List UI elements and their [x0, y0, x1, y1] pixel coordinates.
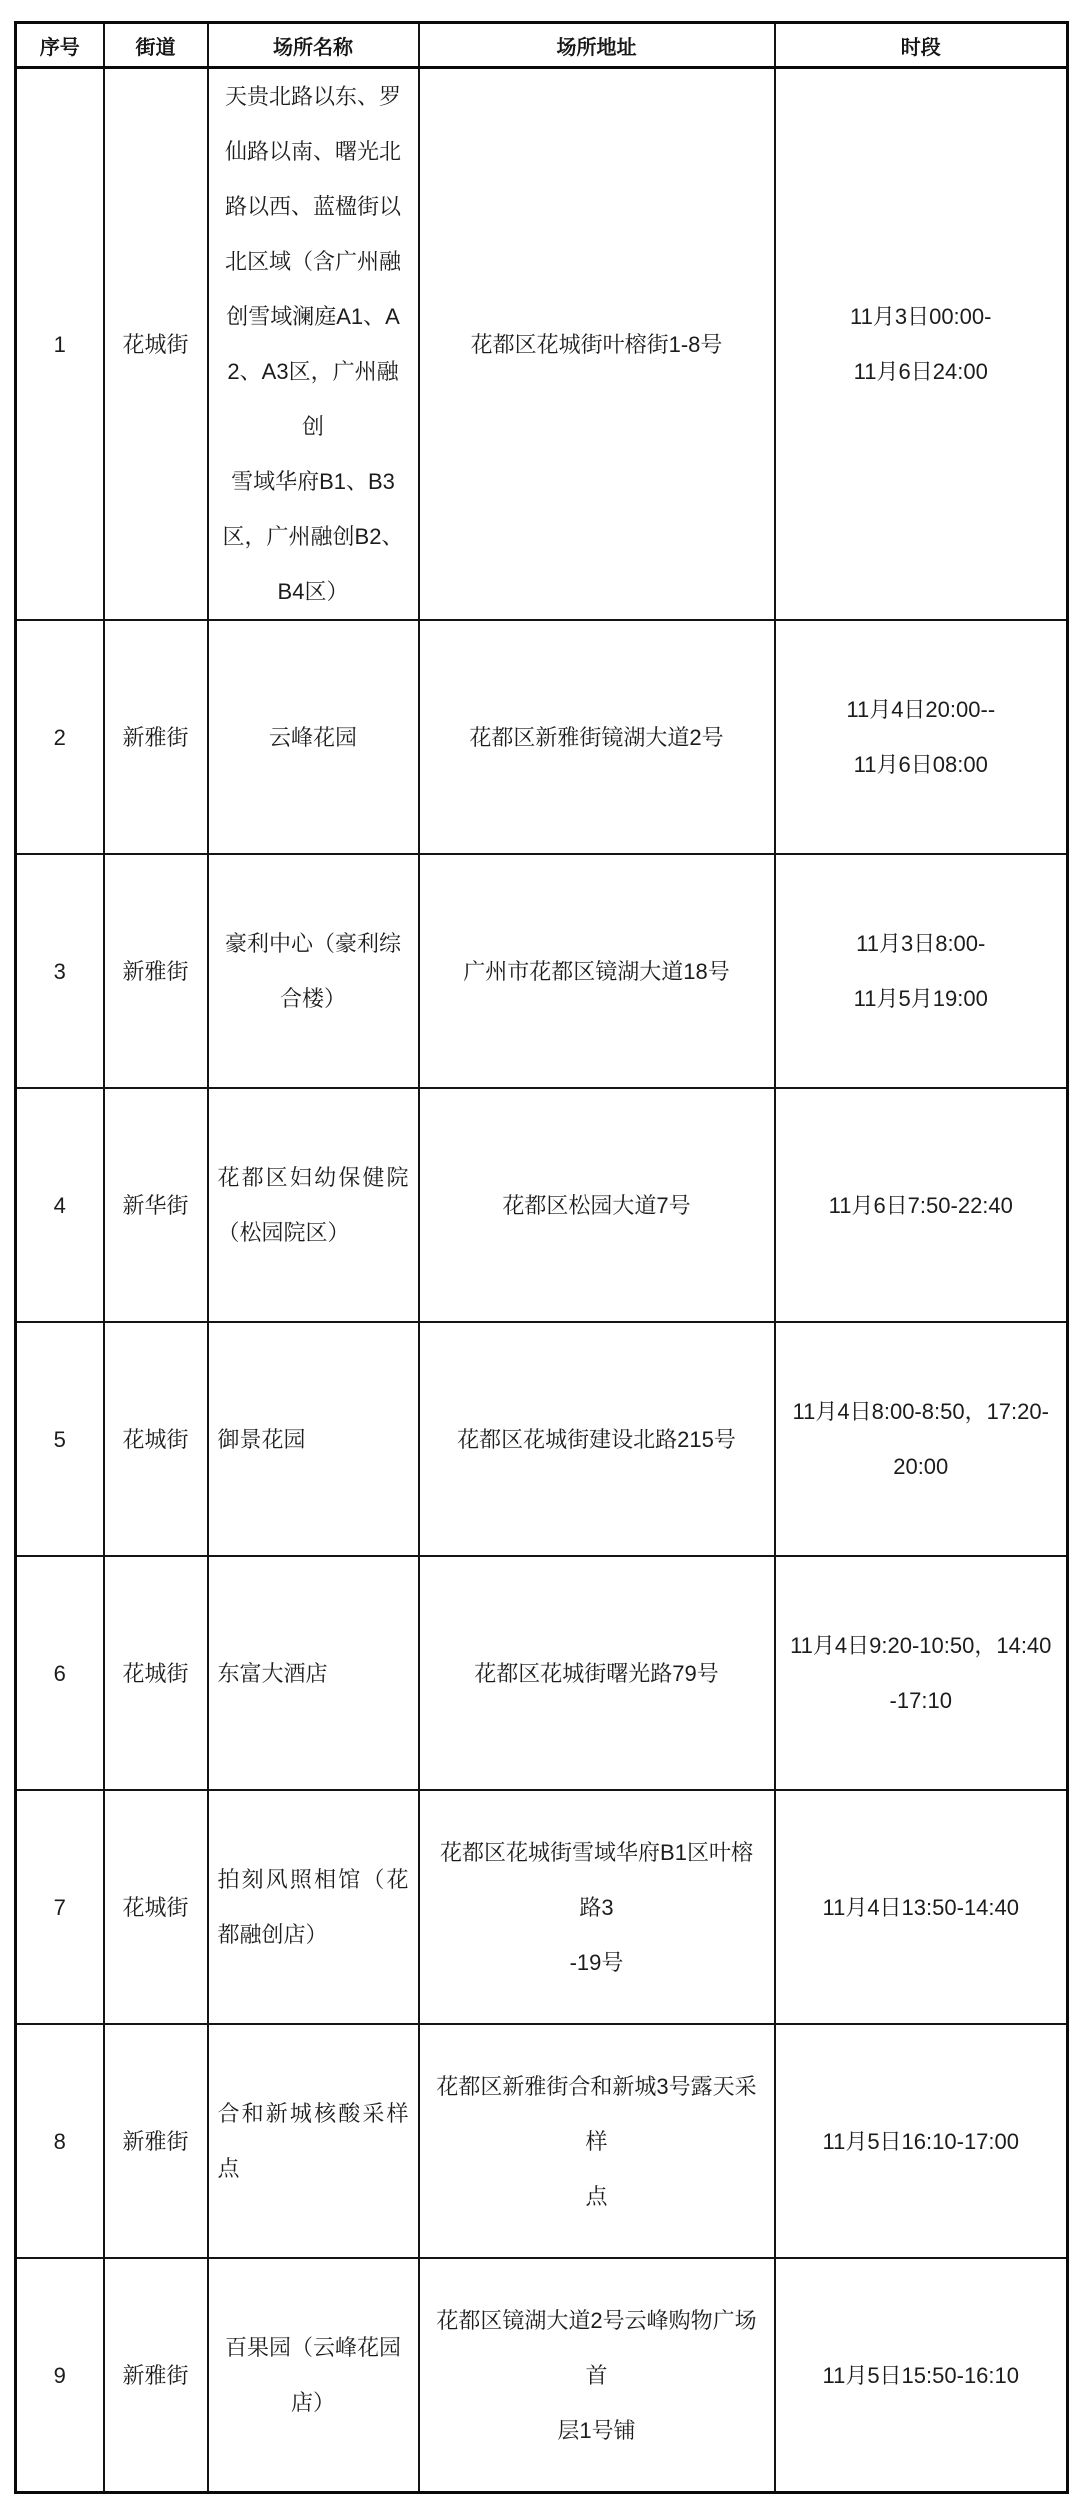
street-cell: 新雅街: [104, 854, 208, 1088]
venue-name-cell: 云峰花园: [208, 620, 419, 854]
time-period-cell: 11月4日9:20-10:50，14:40 -17:10: [775, 1556, 1068, 1790]
street-cell: 新雅街: [104, 2024, 208, 2258]
table-row: 5 花城街 御景花园 花都区花城街建设北路215号 11月4日8:00-8:50…: [16, 1322, 1068, 1556]
street-cell: 花城街: [104, 1556, 208, 1790]
table-row: 8 新雅街 合和新城核酸采样点 花都区新雅街合和新城3号露天采样 点 11月5日…: [16, 2024, 1068, 2258]
street-cell: 新雅街: [104, 620, 208, 854]
street-cell: 花城街: [104, 68, 208, 621]
venue-name-cell: 豪利中心（豪利综 合楼）: [208, 854, 419, 1088]
table-row: 4 新华街 花都区妇幼保健院（松园院区） 花都区松园大道7号 11月6日7:50…: [16, 1088, 1068, 1322]
time-period-cell: 11月3日00:00- 11月6日24:00: [775, 68, 1068, 621]
serial-number-cell: 5: [16, 1322, 104, 1556]
venue-address-cell: 花都区新雅街镜湖大道2号: [419, 620, 775, 854]
header-street: 街道: [104, 23, 208, 68]
venue-address-cell: 花都区松园大道7号: [419, 1088, 775, 1322]
serial-number-cell: 6: [16, 1556, 104, 1790]
serial-number-cell: 1: [16, 68, 104, 621]
table-row: 6 花城街 东富大酒店 花都区花城街曙光路79号 11月4日9:20-10:50…: [16, 1556, 1068, 1790]
venue-name-cell: 合和新城核酸采样点: [208, 2024, 419, 2258]
venue-name-cell: 拍刻风照相馆（花都融创店）: [208, 1790, 419, 2024]
table-row: 7 花城街 拍刻风照相馆（花都融创店） 花都区花城街雪域华府B1区叶榕路3 -1…: [16, 1790, 1068, 2024]
venue-address-cell: 花都区花城街曙光路79号: [419, 1556, 775, 1790]
venue-table: 序号 街道 场所名称 场所地址 时段 1 花城街 天贵北路以东、罗 仙路以南、曙…: [14, 21, 1069, 2494]
serial-number-cell: 7: [16, 1790, 104, 2024]
venue-address-cell: 广州市花都区镜湖大道18号: [419, 854, 775, 1088]
time-period-cell: 11月4日20:00-- 11月6日08:00: [775, 620, 1068, 854]
venue-address-cell: 花都区新雅街合和新城3号露天采样 点: [419, 2024, 775, 2258]
street-cell: 新雅街: [104, 2258, 208, 2493]
time-period-cell: 11月4日13:50-14:40: [775, 1790, 1068, 2024]
table-row: 2 新雅街 云峰花园 花都区新雅街镜湖大道2号 11月4日20:00-- 11月…: [16, 620, 1068, 854]
venue-address-cell: 花都区花城街建设北路215号: [419, 1322, 775, 1556]
venue-address-cell: 花都区花城街叶榕街1-8号: [419, 68, 775, 621]
venue-address-cell: 花都区花城街雪域华府B1区叶榕路3 -19号: [419, 1790, 775, 2024]
street-cell: 花城街: [104, 1790, 208, 2024]
header-venue-name: 场所名称: [208, 23, 419, 68]
serial-number-cell: 4: [16, 1088, 104, 1322]
table-row: 1 花城街 天贵北路以东、罗 仙路以南、曙光北 路以西、蓝楹街以 北区域（含广州…: [16, 68, 1068, 621]
serial-number-cell: 3: [16, 854, 104, 1088]
header-venue-address: 场所地址: [419, 23, 775, 68]
serial-number-cell: 9: [16, 2258, 104, 2493]
header-row: 序号 街道 场所名称 场所地址 时段: [16, 23, 1068, 68]
time-period-cell: 11月5日15:50-16:10: [775, 2258, 1068, 2493]
time-period-cell: 11月6日7:50-22:40: [775, 1088, 1068, 1322]
venue-name-cell: 东富大酒店: [208, 1556, 419, 1790]
time-period-cell: 11月3日8:00- 11月5月19:00: [775, 854, 1068, 1088]
venue-address-cell: 花都区镜湖大道2号云峰购物广场首 层1号铺: [419, 2258, 775, 2493]
street-cell: 新华街: [104, 1088, 208, 1322]
document-page: 序号 街道 场所名称 场所地址 时段 1 花城街 天贵北路以东、罗 仙路以南、曙…: [14, 21, 1069, 2494]
venue-name-cell: 花都区妇幼保健院（松园院区）: [208, 1088, 419, 1322]
table-row: 3 新雅街 豪利中心（豪利综 合楼） 广州市花都区镜湖大道18号 11月3日8:…: [16, 854, 1068, 1088]
venue-name-cell: 百果园（云峰花园 店）: [208, 2258, 419, 2493]
venue-name-cell: 天贵北路以东、罗 仙路以南、曙光北 路以西、蓝楹街以 北区域（含广州融 创雪域澜…: [208, 68, 419, 621]
time-period-cell: 11月4日8:00-8:50，17:20- 20:00: [775, 1322, 1068, 1556]
header-serial-number: 序号: [16, 23, 104, 68]
time-period-cell: 11月5日16:10-17:00: [775, 2024, 1068, 2258]
header-time-period: 时段: [775, 23, 1068, 68]
venue-name-cell: 御景花园: [208, 1322, 419, 1556]
table-row: 9 新雅街 百果园（云峰花园 店） 花都区镜湖大道2号云峰购物广场首 层1号铺 …: [16, 2258, 1068, 2493]
street-cell: 花城街: [104, 1322, 208, 1556]
serial-number-cell: 2: [16, 620, 104, 854]
serial-number-cell: 8: [16, 2024, 104, 2258]
